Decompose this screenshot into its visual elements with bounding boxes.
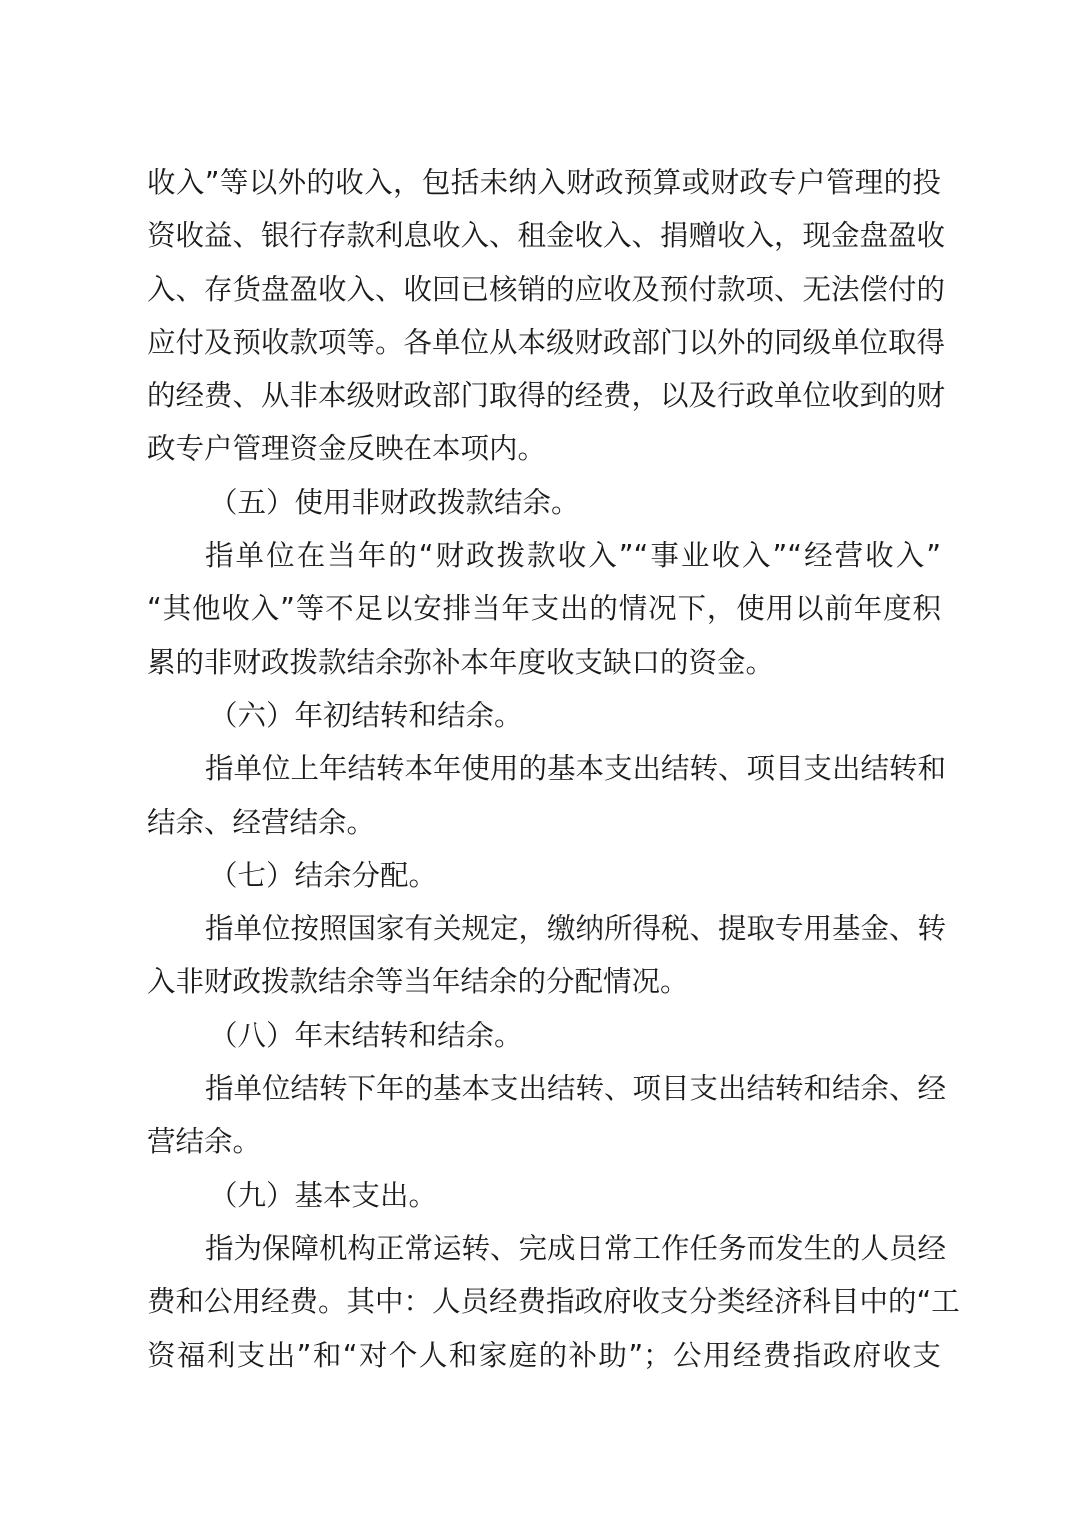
paragraph-line: 政专户管理资金反映在本项内。 <box>147 422 941 475</box>
paragraph-line: 指为保障机构正常运转、完成日常工作任务而发生的人员经 <box>147 1222 941 1275</box>
section-heading-9: （九）基本支出。 <box>147 1169 941 1222</box>
paragraph-line: 收入”等以外的收入，包括未纳入财政预算或财政专户管理的投 <box>147 156 941 209</box>
paragraph-line: 指单位结转下年的基本支出结转、项目支出结转和结余、经 <box>147 1062 941 1115</box>
paragraph-line: 资收益、银行存款利息收入、租金收入、捐赠收入，现金盘盈收 <box>147 209 941 262</box>
paragraph-line: 累的非财政拨款结余弥补本年度收支缺口的资金。 <box>147 636 941 689</box>
paragraph-line: 结余、经营结余。 <box>147 796 941 849</box>
section-heading-6: （六）年初结转和结余。 <box>147 689 941 742</box>
paragraph-line: 指单位在当年的“财政拨款收入”“事业收入”“经营收入” <box>147 529 941 582</box>
paragraph-line: 的经费、从非本级财政部门取得的经费，以及行政单位收到的财 <box>147 369 941 422</box>
section-heading-5: （五）使用非财政拨款结余。 <box>147 476 941 529</box>
paragraph-line: 入非财政拨款结余等当年结余的分配情况。 <box>147 955 941 1008</box>
paragraph-line: “其他收入”等不足以安排当年支出的情况下，使用以前年度积 <box>147 582 941 635</box>
section-heading-8: （八）年末结转和结余。 <box>147 1009 941 1062</box>
document-page: 收入”等以外的收入，包括未纳入财政预算或财政专户管理的投 资收益、银行存款利息收… <box>0 0 1074 1520</box>
paragraph-line: 入、存货盘盈收入、收回已核销的应收及预付款项、无法偿付的 <box>147 263 941 316</box>
paragraph-line: 指单位上年结转本年使用的基本支出结转、项目支出结转和 <box>147 742 941 795</box>
paragraph-line: 费和公用经费。其中：人员经费指政府收支分类经济科目中的“工 <box>147 1275 941 1328</box>
paragraph-line: 指单位按照国家有关规定，缴纳所得税、提取专用基金、转 <box>147 902 941 955</box>
paragraph-line: 应付及预收款项等。各单位从本级财政部门以外的同级单位取得 <box>147 316 941 369</box>
section-heading-7: （七）结余分配。 <box>147 849 941 902</box>
paragraph-line: 资福利支出”和“对个人和家庭的补助”；公用经费指政府收支 <box>147 1329 941 1382</box>
paragraph-line: 营结余。 <box>147 1115 941 1168</box>
document-body: 收入”等以外的收入，包括未纳入财政预算或财政专户管理的投 资收益、银行存款利息收… <box>147 156 941 1382</box>
